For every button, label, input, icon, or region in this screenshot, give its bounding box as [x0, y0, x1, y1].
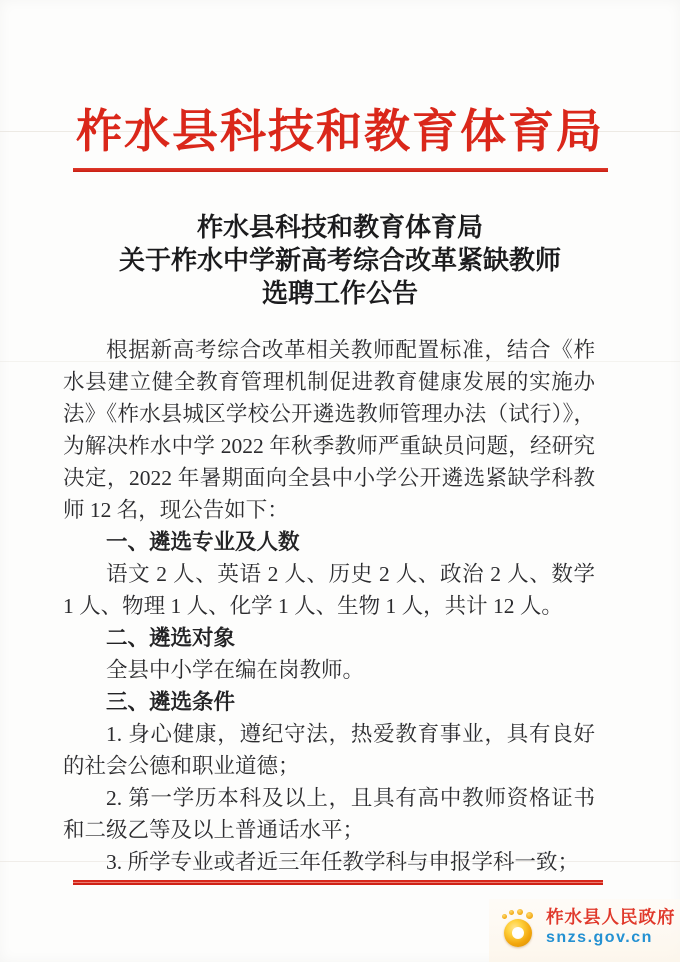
agency-masthead-title: 柞水县科技和教育体育局	[0, 102, 680, 162]
paragraph-condition-2: 2. 第一学历本科及以上，且具有高中教师资格证书和二级乙等及以上普通话水平；	[63, 782, 595, 846]
document-title-line-1: 柞水县科技和教育体育局	[40, 211, 640, 244]
section-heading-2: 二、遴选对象	[63, 622, 595, 654]
gov-portal-logo-text: 柞水县人民政府 snzs.gov.cn	[546, 908, 676, 947]
gov-portal-logo: 柞水县人民政府 snzs.gov.cn	[502, 908, 676, 947]
paragraph-intro: 根据新高考综合改革相关教师配置标准，结合《柞水县建立健全教育管理机制促进教育健康…	[63, 334, 595, 526]
paragraph-condition-3: 3. 所学专业或者近三年任教学科与申报学科一致；	[63, 846, 595, 878]
section-heading-3: 三、遴选条件	[63, 686, 595, 718]
paragraph-quota: 语文 2 人、英语 2 人、历史 2 人、政治 2 人、数学 1 人、物理 1 …	[63, 558, 595, 622]
scanned-document-page: 柞水县科技和教育体育局 柞水县科技和教育体育局 关于柞水中学新高考综合改革紧缺教…	[0, 0, 680, 962]
gov-name-label: 柞水县人民政府	[546, 908, 676, 927]
paw-print-icon	[502, 909, 536, 947]
footer-red-rule	[73, 880, 603, 885]
masthead-red-rule	[73, 168, 608, 172]
document-title-line-3: 选聘工作公告	[40, 277, 640, 310]
document-title: 柞水县科技和教育体育局 关于柞水中学新高考综合改革紧缺教师 选聘工作公告	[40, 211, 640, 310]
document-body: 根据新高考综合改革相关教师配置标准，结合《柞水县建立健全教育管理机制促进教育健康…	[63, 334, 595, 878]
gov-domain-label: snzs.gov.cn	[546, 928, 676, 947]
paragraph-condition-1: 1. 身心健康，遵纪守法，热爱教育事业，具有良好的社会公德和职业道德；	[63, 718, 595, 782]
section-heading-1: 一、遴选专业及人数	[63, 526, 595, 558]
document-title-line-2: 关于柞水中学新高考综合改革紧缺教师	[40, 244, 640, 277]
paragraph-targets: 全县中小学在编在岗教师。	[63, 654, 595, 686]
